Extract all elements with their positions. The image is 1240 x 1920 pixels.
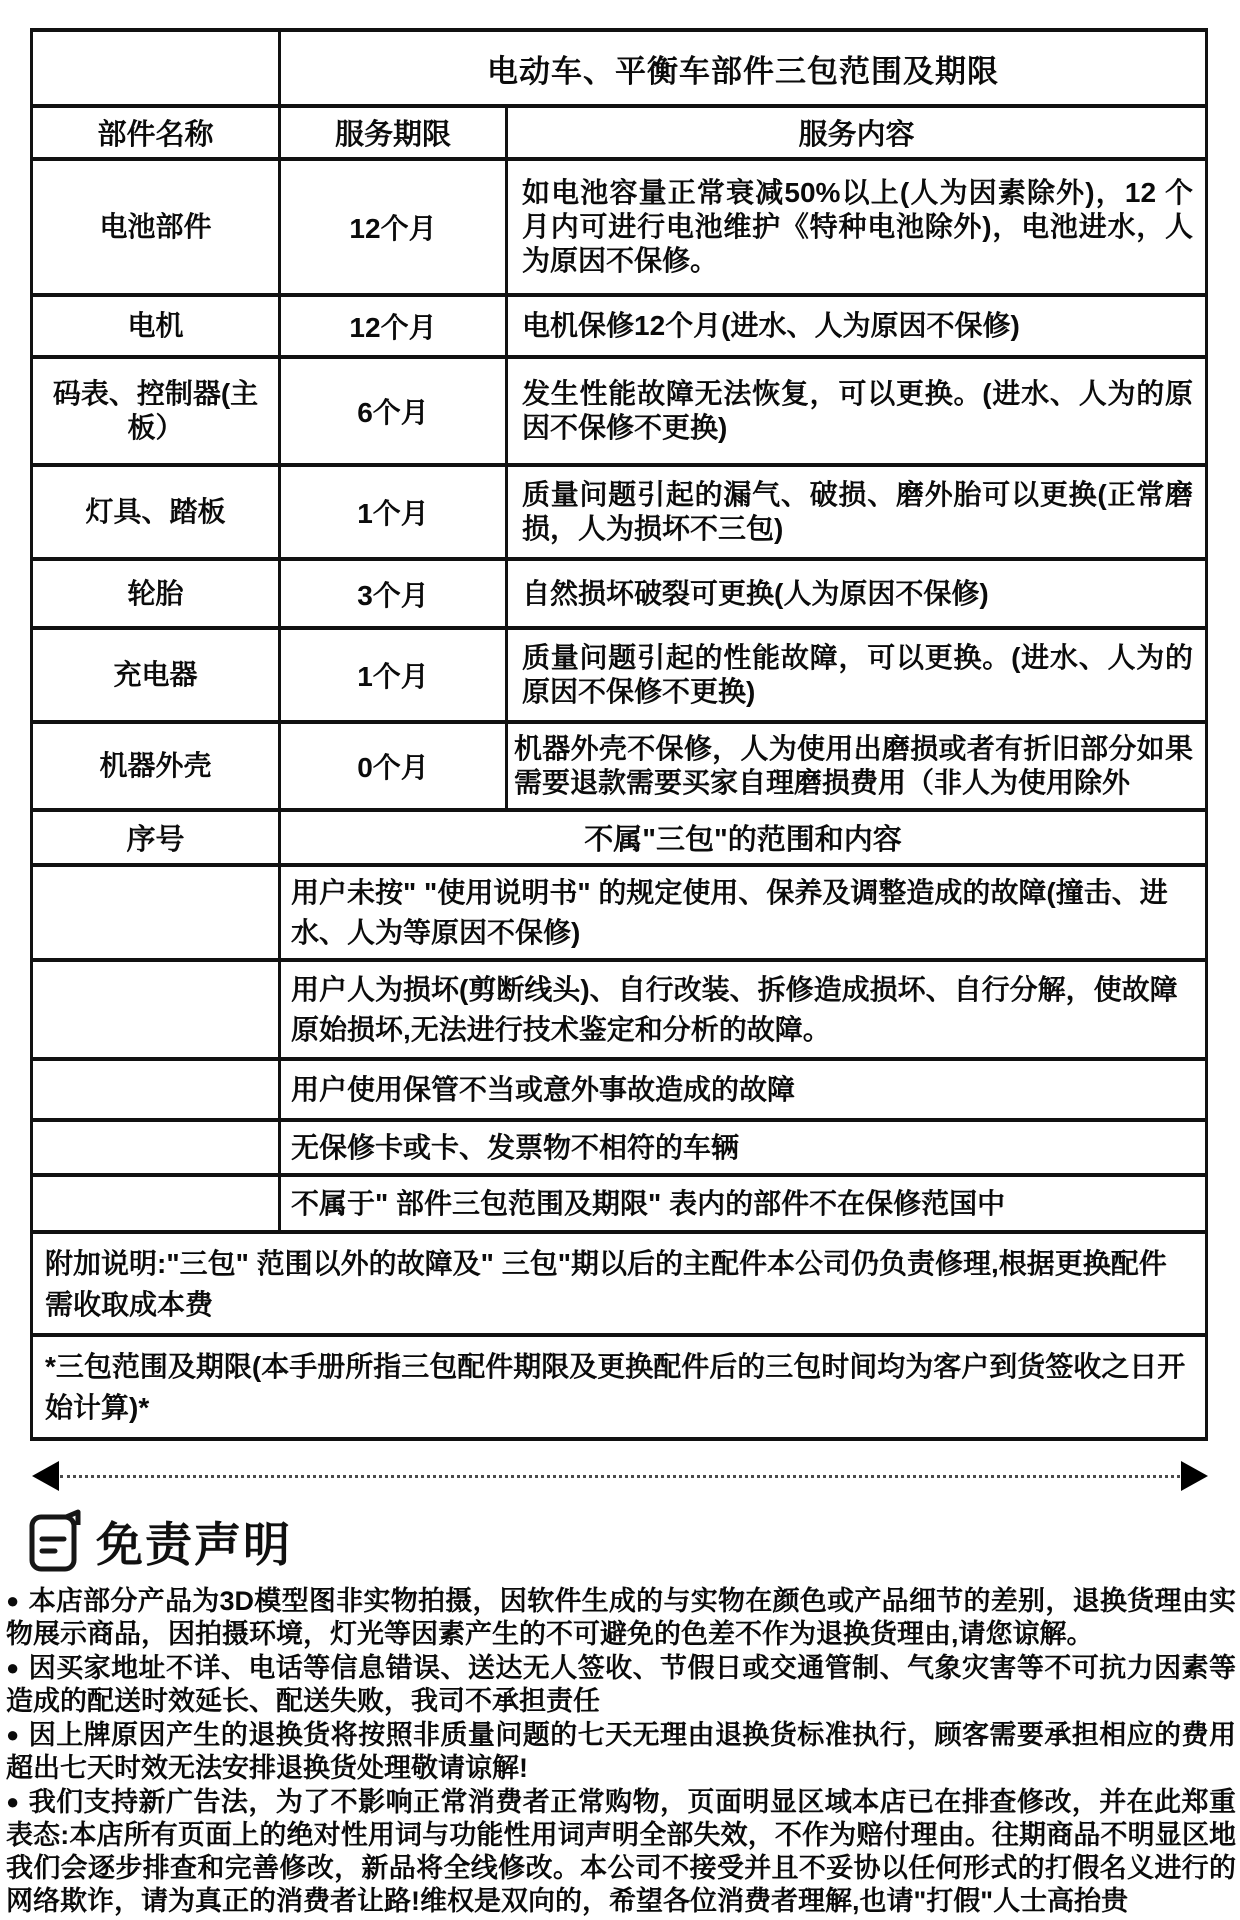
left-arrow-icon bbox=[32, 1461, 59, 1491]
additional-note: 附加说明:"三包" 范围以外的故障及" 三包"期以后的主配件本公司仍负责修理,根… bbox=[32, 1232, 1207, 1335]
empty-serial-cell bbox=[32, 865, 280, 960]
exclusion-row: 用户人为损坏(剪断线头)、自行改装、拆修造成损坏、自行分解，使故障原始损坏,无法… bbox=[32, 960, 1207, 1059]
column-header-content: 服务内容 bbox=[507, 106, 1207, 159]
disclaimer-paragraph: ●本店部分产品为3D模型图非实物拍摄，因软件生成的与实物在颜色或产品细节的差别，… bbox=[6, 1584, 1236, 1651]
table-header-row: 部件名称 服务期限 服务内容 bbox=[32, 106, 1207, 159]
bullet-icon: ● bbox=[6, 1789, 20, 1814]
bullet-icon: ● bbox=[6, 1722, 20, 1747]
disclaimer-paragraph: ●因上牌原因产生的退换货将按照非质量问题的七天无理由退换货标准执行，顾客需要承担… bbox=[6, 1718, 1236, 1785]
service-content: 电机保修12个月(进水、人为原因不保修) bbox=[507, 295, 1207, 357]
service-period: 0个月 bbox=[280, 722, 507, 810]
exclusion-row: 用户使用保管不当或意外事故造成的故障 bbox=[32, 1059, 1207, 1120]
column-header-period: 服务期限 bbox=[280, 106, 507, 159]
exclusion-row: 不属于" 部件三包范围及期限" 表内的部件不在保修范国中 bbox=[32, 1175, 1207, 1232]
right-arrow-icon bbox=[1181, 1461, 1208, 1491]
disclaimer-title: 免责声明 bbox=[96, 1508, 292, 1575]
column-header-part: 部件名称 bbox=[32, 106, 280, 159]
part-name: 码表、控制器(主板） bbox=[32, 357, 280, 465]
service-content: 质量问题引起的漏气、破损、磨外胎可以更换(正常磨损，人为损坏不三包) bbox=[507, 465, 1207, 559]
note-row: 附加说明:"三包" 范围以外的故障及" 三包"期以后的主配件本公司仍负责修理,根… bbox=[32, 1232, 1207, 1335]
part-name: 电池部件 bbox=[32, 159, 280, 295]
table-row: 电机 12个月 电机保修12个月(进水、人为原因不保修) bbox=[32, 295, 1207, 357]
disclaimer-paragraph: ●我们支持新广告法，为了不影响正常消费者正常购物，页面明显区域本店已在排查修改，… bbox=[6, 1785, 1236, 1918]
service-period: 12个月 bbox=[280, 295, 507, 357]
exclusion-row: 无保修卡或卡、发票物不相符的车辆 bbox=[32, 1120, 1207, 1175]
table-row: 轮胎 3个月 自然损坏破裂可更换(人为原因不保修) bbox=[32, 559, 1207, 628]
service-content: 自然损坏破裂可更换(人为原因不保修) bbox=[507, 559, 1207, 628]
disclaimer-text: 因上牌原因产生的退换货将按照非质量问题的七天无理由退换货标准执行，顾客需要承担相… bbox=[6, 1720, 1236, 1783]
empty-serial-cell bbox=[32, 1175, 280, 1232]
part-name: 电机 bbox=[32, 295, 280, 357]
table-row: 机器外壳 0个月 机器外壳不保修，人为使用出磨损或者有折旧部分如果需要退款需要买… bbox=[32, 722, 1207, 810]
exclusions-header-row: 序号 不属"三包"的范围和内容 bbox=[32, 810, 1207, 865]
disclaimer-header: 免责声明 bbox=[28, 1508, 292, 1575]
service-period: 1个月 bbox=[280, 465, 507, 559]
table-row: 电池部件 12个月 如电池容量正常衰减50%以上(人为因素除外)，12 个月内可… bbox=[32, 159, 1207, 295]
part-name: 轮胎 bbox=[32, 559, 280, 628]
empty-corner-cell bbox=[32, 30, 280, 106]
service-content: 发生性能故障无法恢复，可以更换。(进水、人为的原因不保修不更换) bbox=[507, 357, 1207, 465]
service-content: 质量问题引起的性能故障，可以更换。(进水、人为的原因不保修不更换) bbox=[507, 628, 1207, 722]
divider-line bbox=[60, 1475, 1180, 1478]
empty-serial-cell bbox=[32, 1059, 280, 1120]
bullet-icon: ● bbox=[6, 1588, 20, 1613]
service-period: 12个月 bbox=[280, 159, 507, 295]
table-row: 灯具、踏板 1个月 质量问题引起的漏气、破损、磨外胎可以更换(正常磨损，人为损坏… bbox=[32, 465, 1207, 559]
part-name: 充电器 bbox=[32, 628, 280, 722]
serial-label: 序号 bbox=[32, 810, 280, 865]
disclaimer-text: 我们支持新广告法，为了不影响正常消费者正常购物，页面明显区域本店已在排查修改，并… bbox=[6, 1787, 1236, 1916]
disclaimer-body: ●本店部分产品为3D模型图非实物拍摄，因软件生成的与实物在颜色或产品细节的差别，… bbox=[6, 1584, 1236, 1918]
exclusion-item: 用户人为损坏(剪断线头)、自行改装、拆修造成损坏、自行分解，使故障原始损坏,无法… bbox=[280, 960, 1207, 1059]
exclusion-item: 不属于" 部件三包范围及期限" 表内的部件不在保修范国中 bbox=[280, 1175, 1207, 1232]
disclaimer-text: 本店部分产品为3D模型图非实物拍摄，因软件生成的与实物在颜色或产品细节的差别，退… bbox=[6, 1586, 1236, 1649]
part-name: 机器外壳 bbox=[32, 722, 280, 810]
exclusion-item: 用户使用保管不当或意外事故造成的故障 bbox=[280, 1059, 1207, 1120]
exclusion-row: 用户未按" "使用说明书" 的规定使用、保养及调整造成的故障(撞击、进水、人为等… bbox=[32, 865, 1207, 960]
service-content: 机器外壳不保修，人为使用出磨损或者有折旧部分如果需要退款需要买家自理磨损费用（非… bbox=[507, 722, 1207, 810]
exclusion-item: 无保修卡或卡、发票物不相符的车辆 bbox=[280, 1120, 1207, 1175]
table-title: 电动车、平衡车部件三包范围及期限 bbox=[280, 30, 1207, 106]
arrow-divider bbox=[32, 1461, 1208, 1491]
exclusions-heading: 不属"三包"的范围和内容 bbox=[280, 810, 1207, 865]
note-document-icon bbox=[28, 1509, 86, 1575]
part-name: 灯具、踏板 bbox=[32, 465, 280, 559]
warranty-page: 电动车、平衡车部件三包范围及期限 部件名称 服务期限 服务内容 电池部件 12个… bbox=[0, 0, 1240, 1920]
disclaimer-paragraph: ●因买家地址不详、电话等信息错误、送达无人签收、节假日或交通管制、气象灾害等不可… bbox=[6, 1651, 1236, 1718]
warranty-start-note: *三包范围及期限(本手册所指三包配件期限及更换配件后的三包时间均为客户到货签收之… bbox=[32, 1335, 1207, 1439]
table-title-row: 电动车、平衡车部件三包范围及期限 bbox=[32, 30, 1207, 106]
warranty-table: 电动车、平衡车部件三包范围及期限 部件名称 服务期限 服务内容 电池部件 12个… bbox=[30, 28, 1208, 1441]
empty-serial-cell bbox=[32, 960, 280, 1059]
table-row: 码表、控制器(主板） 6个月 发生性能故障无法恢复，可以更换。(进水、人为的原因… bbox=[32, 357, 1207, 465]
exclusion-item: 用户未按" "使用说明书" 的规定使用、保养及调整造成的故障(撞击、进水、人为等… bbox=[280, 865, 1207, 960]
service-content: 如电池容量正常衰减50%以上(人为因素除外)，12 个月内可进行电池维护《特种电… bbox=[507, 159, 1207, 295]
bullet-icon: ● bbox=[6, 1655, 20, 1680]
service-period: 1个月 bbox=[280, 628, 507, 722]
service-period: 3个月 bbox=[280, 559, 507, 628]
disclaimer-text: 因买家地址不详、电话等信息错误、送达无人签收、节假日或交通管制、气象灾害等不可抗… bbox=[6, 1653, 1236, 1716]
empty-serial-cell bbox=[32, 1120, 280, 1175]
service-period: 6个月 bbox=[280, 357, 507, 465]
table-row: 充电器 1个月 质量问题引起的性能故障，可以更换。(进水、人为的原因不保修不更换… bbox=[32, 628, 1207, 722]
note-row: *三包范围及期限(本手册所指三包配件期限及更换配件后的三包时间均为客户到货签收之… bbox=[32, 1335, 1207, 1439]
